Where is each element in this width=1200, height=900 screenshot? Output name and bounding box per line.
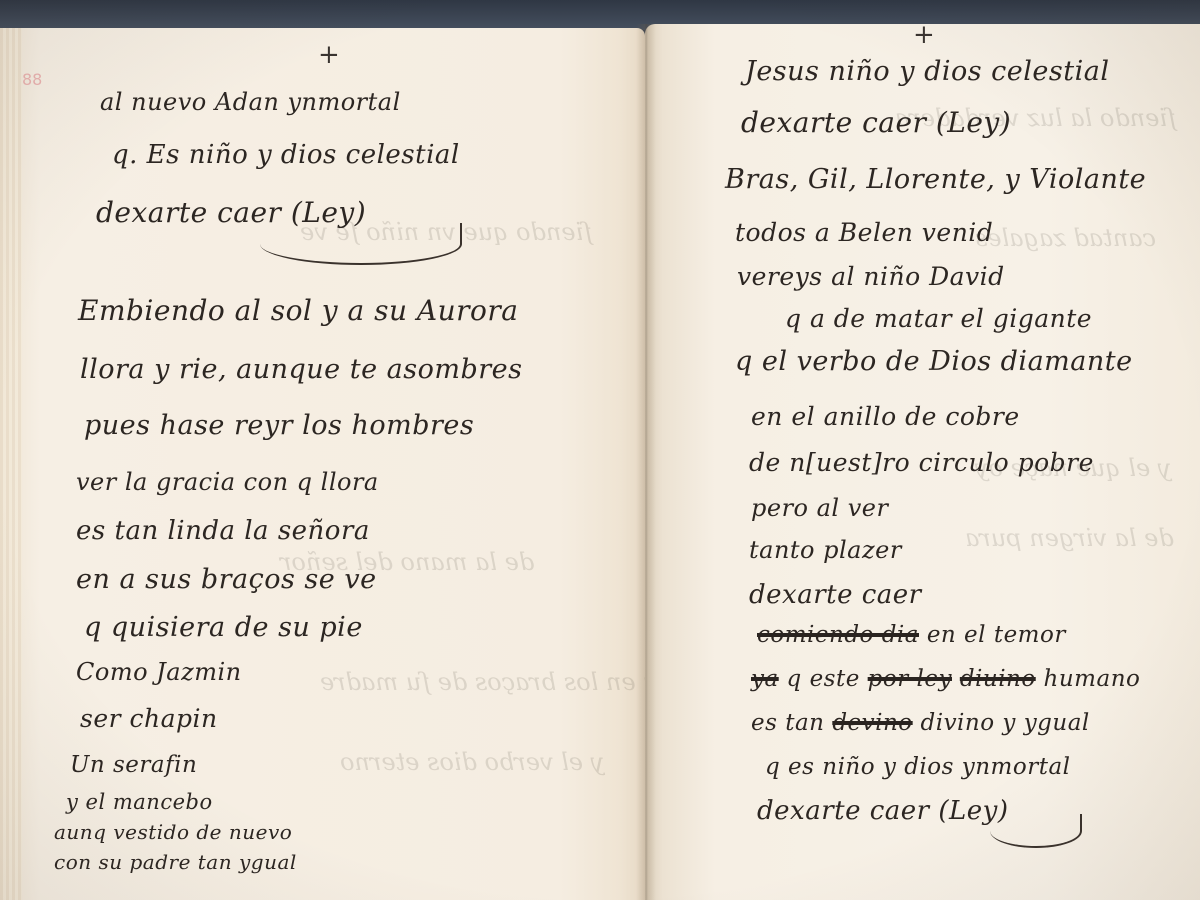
manuscript-line: dexarte caer (Ley) <box>757 796 1009 826</box>
manuscript-line-with-strikethrough: ya q este por ley diuino humano <box>751 666 1140 692</box>
struck-word: por ley <box>868 666 952 692</box>
manuscript-line: en a sus braços se ve <box>76 564 377 595</box>
struck-word: ya <box>751 666 779 692</box>
struck-word: comiendo dia <box>757 622 919 648</box>
folio-cross-mark: + <box>318 40 340 70</box>
margin-mark: 88 <box>22 70 42 89</box>
manuscript-line: aunq vestido de nuevo <box>54 820 292 844</box>
manuscript-line: q el verbo de Dios diamante <box>735 346 1133 377</box>
manuscript-line: al nuevo Adan ynmortal <box>100 88 401 116</box>
ink-bleed-through: y el verbo dios eterno <box>340 748 604 776</box>
book-gutter <box>636 24 656 900</box>
manuscript-line: todos a Belen venid <box>735 218 993 247</box>
open-book-spread: 88 + ſiendo que vn niño ſe ve de la mano… <box>0 24 1200 900</box>
manuscript-line: q quisiera de su pie <box>84 612 363 643</box>
left-page: 88 + ſiendo que vn niño ſe ve de la mano… <box>0 28 645 900</box>
manuscript-line: dexarte caer <box>749 580 922 610</box>
manuscript-text: divino y ygual <box>920 710 1089 736</box>
manuscript-line: con su padre tan ygual <box>54 850 297 874</box>
manuscript-line: de n[uest]ro circulo pobre <box>749 448 1094 477</box>
struck-word: devino <box>832 710 912 736</box>
ink-bleed-through: de la virgen pura <box>965 524 1174 552</box>
manuscript-line: en el anillo de cobre <box>751 402 1020 431</box>
manuscript-line: q es niño y dios ynmortal <box>765 754 1071 780</box>
flourish-stroke <box>260 223 462 265</box>
flourish-stroke <box>990 814 1082 848</box>
manuscript-text: q este <box>787 666 860 692</box>
right-page: + ſiendo la luz verdadera cantad zagales… <box>645 24 1200 900</box>
manuscript-line: llora y rie, aunque te asombres <box>80 354 523 385</box>
ink-bleed-through: cantad zagales <box>975 224 1156 252</box>
manuscript-line-with-strikethrough: comiendo dia en el temor <box>757 622 1066 648</box>
ink-bleed-through: q en los braços de ſu madre <box>320 668 645 696</box>
manuscript-line-with-strikethrough: es tan devino divino y ygual <box>751 710 1090 736</box>
manuscript-line: Un serafin <box>70 752 197 778</box>
folio-cross-mark: + <box>913 24 935 50</box>
manuscript-line: q a de matar el gigante <box>785 304 1092 333</box>
manuscript-line: Embiendo al sol y a su Aurora <box>78 294 518 327</box>
manuscript-line: dexarte caer (Ley) <box>741 106 1011 139</box>
manuscript-line: Como Jazmin <box>76 658 242 686</box>
struck-word: diuino <box>960 666 1036 692</box>
manuscript-line: ver la gracia con q llora <box>76 468 379 496</box>
manuscript-line: vereys al niño David <box>737 262 1005 291</box>
manuscript-line: pero al ver <box>751 494 888 522</box>
manuscript-line: Jesus niño y dios celestial <box>745 56 1109 87</box>
page-edges <box>0 28 22 900</box>
manuscript-line: tanto plazer <box>749 536 902 564</box>
manuscript-text: humano <box>1044 666 1141 692</box>
manuscript-line: Bras, Gil, Llorente, y Violante <box>725 164 1146 195</box>
manuscript-line: pues hase reyr los hombres <box>84 410 474 441</box>
manuscript-line: ser chapin <box>80 704 218 733</box>
manuscript-text: en el temor <box>927 622 1066 648</box>
manuscript-line: y el mancebo <box>66 790 213 814</box>
manuscript-line: es tan linda la señora <box>76 516 370 546</box>
manuscript-text: es tan <box>751 710 825 736</box>
manuscript-line: q. Es niño y dios celestial <box>112 140 460 170</box>
